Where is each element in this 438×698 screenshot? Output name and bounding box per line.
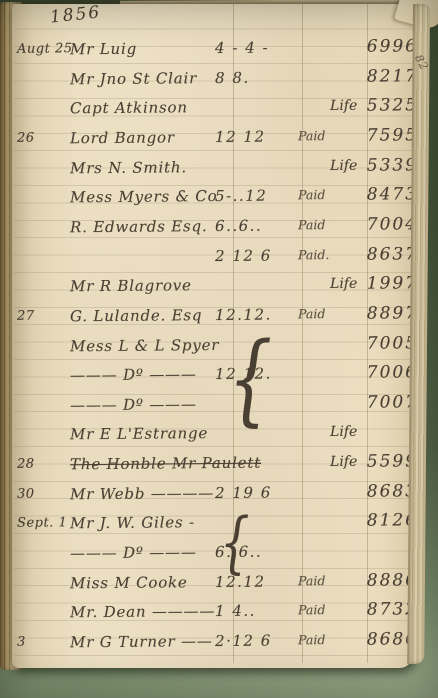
entry-name: Capt Atkinson	[70, 95, 188, 122]
entry-paid-status: Paid	[298, 212, 326, 238]
entry-life-note: Life	[330, 419, 357, 445]
entry-receipt-number: 7005	[346, 330, 418, 357]
ledger-entry-row: ——— Dº ——— 12 12. 7006	[12, 359, 416, 389]
entry-name: Lord Bangor	[70, 124, 175, 151]
entry-receipt-number: 5339	[346, 152, 418, 179]
entry-receipt-number: 5325	[346, 93, 418, 120]
entry-receipt-number: 1997	[346, 270, 418, 297]
ledger-entry-row: 26 Lord Bangor 12 12 Paid 7595	[12, 122, 416, 152]
ledger-entry-row: Augt 25 Mr Luig 4 - 4 - 6996	[12, 33, 416, 63]
ledger-entry-row: 3 Mr G Turner —— 2·12 6 Paid 8686	[12, 626, 416, 656]
fore-edge-writing: 82	[412, 52, 430, 72]
entry-name: ——— Dº ———	[70, 361, 197, 388]
entry-date: 27	[17, 303, 35, 329]
entry-name: Mr Luig	[70, 36, 137, 63]
ledger-entry-row: 27 G. Lulande. Esq 12.12. Paid 8897	[12, 300, 416, 330]
entry-date: 26	[17, 126, 35, 152]
entry-name: Mr G Turner ——	[70, 628, 213, 655]
entry-receipt-number: 8217	[346, 63, 418, 90]
entry-paid-status: Paid	[298, 123, 326, 149]
entry-amount: 8 8.	[215, 64, 250, 90]
entry-name: Mess Myers & Co	[70, 183, 218, 210]
entry-amount: 6..6..	[215, 212, 262, 238]
entry-amount: 4 - 4 -	[215, 35, 269, 61]
ledger-entry-row: 28 The Honble Mr Paulett Life 5599	[12, 448, 416, 478]
ledger-entry-row: R. Edwards Esq. 6..6.. Paid 7004	[12, 211, 416, 241]
entry-name: Mr E L'Estrange	[70, 420, 208, 447]
entry-name: Mess L & L Spyer	[70, 331, 219, 358]
entry-name: Mr R Blagrove	[70, 272, 192, 299]
entry-name: ——— Dº ———	[70, 539, 197, 566]
entry-receipt-number: 8637	[346, 241, 418, 268]
entry-amount: 12 12	[215, 123, 266, 149]
entry-receipt-number: 6996	[346, 33, 418, 60]
entry-date: Sept. 1	[17, 511, 67, 537]
entry-paid-status: Paid	[298, 597, 326, 623]
entry-date: Augt 25	[17, 36, 73, 62]
entry-receipt-number: 7006	[346, 359, 418, 386]
entry-receipt-number: 8897	[346, 300, 418, 327]
entry-paid-status: Paid	[298, 627, 326, 653]
entry-receipt-number: 7004	[346, 211, 418, 238]
entry-name: G. Lulande. Esq	[70, 302, 203, 329]
grouping-brace: {	[228, 336, 272, 425]
entry-receipt-number: 8473	[346, 181, 418, 208]
ledger-page: 1856 Augt 25 Mr Luig 4 - 4 - 6996 Mr Jno…	[12, 4, 416, 668]
entry-amount: 2 12 6	[215, 242, 272, 268]
ledger-entry-row: Miss M Cooke 12.12 Paid 8886	[12, 567, 416, 597]
ledger-entry-row: ——— Dº ——— 7007	[12, 389, 416, 419]
ledger-entry-row: 30 Mr Webb ———— 2 19 6 8683	[12, 478, 416, 508]
entry-paid-status: Paid	[298, 182, 326, 208]
entry-date: 30	[17, 481, 35, 507]
ledger-entry-row: 2 12 6 Paid. 8637	[12, 241, 416, 271]
entry-receipt-number: 5599	[346, 448, 418, 475]
ledger-entry-row: Mr. Dean ———— 1 4.. Paid 8732	[12, 597, 416, 627]
entry-amount: 1 4..	[215, 598, 256, 624]
entry-amount: 2·12 6	[215, 627, 272, 653]
ledger-entry-row: Mrs N. Smith. Life 5339	[12, 152, 416, 182]
entry-name: ——— Dº ———	[70, 391, 197, 418]
entry-name: R. Edwards Esq.	[70, 213, 208, 240]
entry-name: Mr J. W. Giles -	[70, 510, 195, 537]
entry-paid-status: Paid.	[298, 242, 330, 268]
entry-receipt-number: 8683	[346, 478, 418, 505]
entry-receipt-number: 8126	[346, 508, 418, 535]
ledger-entry-row: Mess Myers & Co 5-..12 Paid 8473	[12, 181, 416, 211]
ledger-entry-row: Mr Jno St Clair 8 8. 8217	[12, 63, 416, 93]
entry-name: Mr Jno St Clair	[70, 65, 197, 92]
entry-date: 3	[17, 630, 26, 656]
entries-layer: Augt 25 Mr Luig 4 - 4 - 6996 Mr Jno St C…	[12, 4, 416, 668]
ledger-entry-row: Capt Atkinson Life 5325	[12, 93, 416, 123]
ledger-entry-row: Sept. 1 Mr J. W. Giles - 8126	[12, 508, 416, 538]
entry-name: Mr. Dean ————	[70, 598, 215, 625]
entry-name: The Honble Mr Paulett	[70, 450, 261, 478]
entry-paid-status: Paid	[298, 568, 326, 594]
ledger-entry-row: Mr R Blagrove Life 1997	[12, 270, 416, 300]
entry-amount: 2 19 6	[215, 479, 272, 505]
entry-name: Mrs N. Smith.	[70, 154, 187, 181]
ledger-scan: 1856 Augt 25 Mr Luig 4 - 4 - 6996 Mr Jno…	[0, 0, 438, 698]
entry-amount: 5-..12	[215, 183, 267, 209]
entry-date: 28	[17, 452, 35, 478]
entry-name: Mr Webb ————	[70, 480, 214, 507]
grouping-brace: {	[220, 513, 250, 572]
entry-name: Miss M Cooke	[70, 569, 188, 596]
entry-receipt-number: 7595	[346, 122, 418, 149]
ledger-entry-row: Mess L & L Spyer 7005	[12, 330, 416, 360]
entry-paid-status: Paid	[298, 301, 326, 327]
ledger-entry-row: Mr E L'Estrange Life	[12, 419, 416, 449]
entry-receipt-number: 7007	[346, 389, 418, 416]
entry-receipt-number	[346, 537, 418, 538]
ledger-entry-row: ——— Dº ——— 6..6..	[12, 537, 416, 567]
